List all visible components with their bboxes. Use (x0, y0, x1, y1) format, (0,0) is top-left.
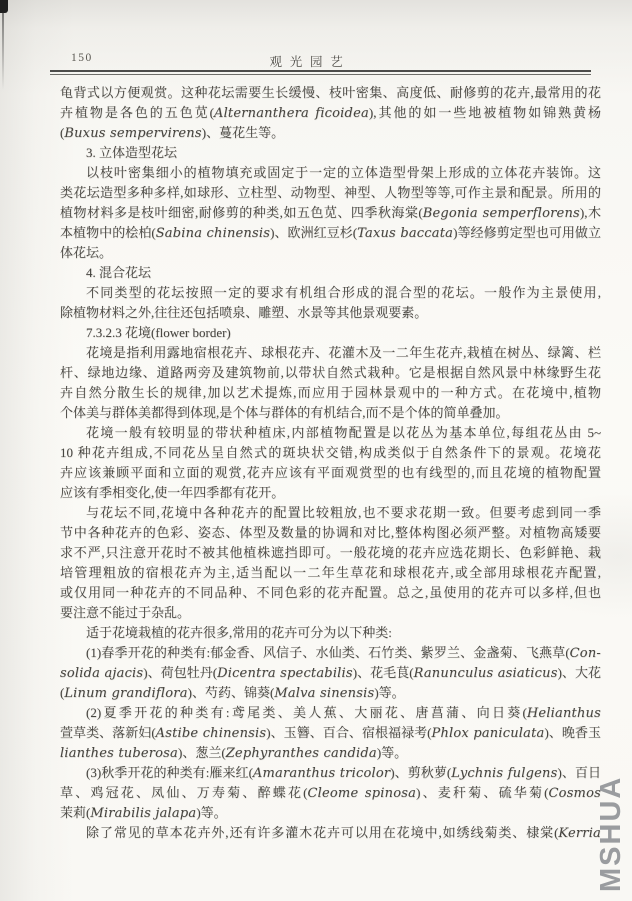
text-segment: 要注意不能过于杂乱。 (60, 605, 190, 620)
text-line: 10 种花卉组成,不同花丛呈自然式的斑块状交错,构成类似于自然条件下的景观。花境… (60, 443, 601, 463)
text-line: (1)春季开花的种类有:郁金香、风信子、水仙类、石竹类、紫罗兰、金盏菊、飞燕草(… (60, 643, 601, 663)
latin-name-segment: Astibe chinensis (156, 726, 267, 741)
text-segment: )等经修剪定型也可用做立 (453, 225, 601, 240)
text-line: 除植物材料之外,往往还包括喷泉、雕塑、水景等其他景观要素。 (60, 303, 601, 323)
text-line: 除了常见的草本花卉外,还有许多灌木花卉可以用在花境中,如绣线菊类、棣棠(Kerr… (60, 823, 601, 843)
text-segment: 求不严,只注意开花时不被其他植株遮挡即可。一般花境的花卉应选花期长、色彩鲜艳、栽 (60, 545, 601, 560)
text-line: lianthes tuberosa)、葱兰(Zephyranthes candi… (60, 743, 601, 763)
latin-name-segment: Linum grandiflora (64, 686, 187, 701)
text-segment: 草、鸡冠花、凤仙、万寿菊、醉蝶花( (60, 785, 308, 800)
text-line: 本植物中的桧柏(Sabina chinensis)、欧洲红豆杉(Taxus ba… (60, 223, 601, 243)
latin-name-segment: Dicentra spectabilis (217, 666, 353, 681)
text-line: 卉植物是各色的五色苋(Alternanthera ficoidea),其他的如一… (60, 103, 601, 123)
text-line: 萱草类、落新妇(Astibe chinensis)、玉簪、百合、宿根福禄考(Ph… (60, 723, 601, 743)
text-line: (Linum grandiflora)、芍药、锦葵(Malva sinensis… (60, 683, 601, 703)
latin-name-segment: solida ajacis (60, 666, 143, 681)
latin-name-segment: Zephyranthes candida (226, 746, 377, 761)
text-segment: ),其他的如一些地被植物如锦熟黄杨 (369, 105, 601, 120)
text-segment: (2)夏季开花的种类有:鸢尾类、美人蕉、大丽花、唐菖蒲、向日葵( (86, 705, 527, 720)
latin-name-segment: Amaranthus tricolor (253, 766, 390, 781)
text-segment: 花境一般有较明显的带状种植床,内部植物配置是以花丛为基本单位,每组花丛由 5~ (86, 425, 601, 440)
text-segment: 萱草类、落新妇( (60, 725, 156, 740)
text-line: 茉莉(Mirabilis jalapa)等。 (60, 803, 601, 823)
text-segment: 卉应该兼顾平面和立面的观赏,花卉应该有平面观赏型的也有线型的,而且花境的植物配置 (60, 465, 601, 480)
text-line: 求不严,只注意开花时不被其他植株遮挡即可。一般花境的花卉应选花期长、色彩鲜艳、栽 (60, 543, 601, 563)
latin-name-segment: lianthes tuberosa (60, 746, 178, 761)
text-segment: )、蔓花生等。 (202, 125, 284, 140)
text-segment: 茉莉( (60, 805, 90, 820)
text-segment: )等。 (196, 805, 226, 820)
text-segment: 培管理粗放的宿根花卉为主,适当配以一二年生草花和球根花卉,或全部用球根花卉配置, (60, 565, 601, 580)
text-segment: )、芍药、锦葵( (188, 685, 275, 700)
text-line: 花境是指利用露地宿根花卉、球根花卉、花灌木及一二年生花卉,栽植在树丛、绿篱、栏 (60, 343, 601, 363)
latin-name-segment: Malva sinensis (274, 686, 374, 701)
section-heading: 7.3.2.3 花境(flower border) (60, 323, 601, 343)
watermark: MSHUA (594, 782, 628, 892)
latin-name-segment: Sabina chinensis (156, 226, 270, 241)
text-line: 植物材料多是枝叶细密,耐修剪的种类,如五色苋、四季秋海棠(Begonia sem… (60, 203, 601, 223)
text-segment: 除植物材料之外,往往还包括喷泉、雕塑、水景等其他景观要素。 (60, 305, 427, 320)
text-line: (3)秋季开花的种类有:雁来红(Amaranthus tricolor)、剪秋萝… (60, 763, 601, 783)
latin-name-segment: Lychnis fulgens (451, 766, 557, 781)
text-line: 类花坛造型多种多样,如球形、立柱型、动物型、神型、人物型等等,可作主景和配景。所… (60, 183, 601, 203)
body-text: 龟背式以方便观赏。这种花坛需要生长缓慢、枝叶密集、高度低、耐修剪的花卉,最常用的… (60, 83, 601, 843)
text-segment: 本植物中的桧柏( (60, 225, 156, 240)
text-line: 不同类型的花坛按照一定的要求有机组合形成的混合型的花坛。一般作为主景使用, (60, 283, 601, 303)
text-line: 杆、绿地边缘、道路两旁及建筑物前,以带状自然式栽种。它是根据自然风景中林缘野生花 (60, 363, 601, 383)
section-heading: 3. 立体造型花坛 (60, 143, 601, 163)
latin-name-segment: Con- (570, 646, 601, 661)
text-segment: 以枝叶密集细小的植物填充或固定于一定的立体造型骨架上形成的立体花卉装饰。这 (86, 165, 601, 180)
text-segment: 4. 混合花坛 (86, 265, 151, 280)
text-segment: 适于花境栽植的花卉很多,常用的花卉可分为以下种类: (86, 625, 392, 640)
text-segment: 3. 立体造型花坛 (86, 145, 177, 160)
scanned-book-page: 150 观光园艺 龟背式以方便观赏。这种花坛需要生长缓慢、枝叶密集、高度低、耐修… (0, 0, 632, 901)
text-line: (2)夏季开花的种类有:鸢尾类、美人蕉、大丽花、唐菖蒲、向日葵(Helianth… (60, 703, 601, 723)
latin-name-segment: Taxus baccata (357, 226, 453, 241)
latin-name-segment: Begonia semperflorens (423, 206, 580, 221)
text-line: 龟背式以方便观赏。这种花坛需要生长缓慢、枝叶密集、高度低、耐修剪的花卉,最常用的… (60, 83, 601, 103)
text-segment: 不同类型的花坛按照一定的要求有机组合形成的混合型的花坛。一般作为主景使用, (86, 285, 601, 300)
text-segment: 类花坛造型多种多样,如球形、立柱型、动物型、神型、人物型等等,可作主景和配景。所… (60, 185, 601, 200)
text-line: 个体美与群体美都得到体现,是个体与群体的有机结合,而不是个体的简单叠加。 (60, 403, 601, 423)
text-line: 要注意不能过于杂乱。 (60, 603, 601, 623)
text-line: 与花坛不同,花境中各种花卉的配置比较粗放,也不要求花期一致。但要考虑到同一季 (60, 503, 601, 523)
text-segment: 龟背式以方便观赏。这种花坛需要生长缓慢、枝叶密集、高度低、耐修剪的花卉,最常用的… (60, 85, 601, 100)
latin-name-segment: Alternanthera ficoidea (214, 106, 369, 121)
text-segment: (1)春季开花的种类有:郁金香、风信子、水仙类、石竹类、紫罗兰、金盏菊、飞燕草( (86, 645, 570, 660)
text-segment: 个体美与群体美都得到体现,是个体与群体的有机结合,而不是个体的简单叠加。 (60, 405, 509, 420)
text-segment: )等。 (374, 685, 404, 700)
text-segment: 或仅用同一种花卉的不同品种、不同色彩的花卉配置。总之,虽使用的花卉可以多样,但也 (60, 585, 601, 600)
text-segment: ),木 (580, 205, 601, 220)
latin-name-segment: Buxus sempervirens (64, 126, 201, 141)
text-line: 适于花境栽植的花卉很多,常用的花卉可分为以下种类: (60, 623, 601, 643)
text-line: 或仅用同一种花卉的不同品种、不同色彩的花卉配置。总之,虽使用的花卉可以多样,但也 (60, 583, 601, 603)
text-line: 应该有季相变化,使一年四季都有花开。 (60, 483, 601, 503)
text-segment: 卉植物是各色的五色苋( (60, 105, 214, 120)
text-segment: 花境是指利用露地宿根花卉、球根花卉、花灌木及一二年生花卉,栽植在树丛、绿篱、栏 (86, 345, 601, 360)
text-segment: 杆、绿地边缘、道路两旁及建筑物前,以带状自然式栽种。它是根据自然风景中林缘野生花 (60, 365, 601, 380)
text-segment: 除了常见的草本花卉外,还有许多灌木花卉可以用在花境中,如绣线菊类、棣棠( (86, 825, 558, 840)
text-segment: (3)秋季开花的种类有:雁来红( (86, 765, 253, 780)
text-line: 培管理粗放的宿根花卉为主,适当配以一二年生草花和球根花卉,或全部用球根花卉配置, (60, 563, 601, 583)
text-line: (Buxus sempervirens)、蔓花生等。 (60, 123, 601, 143)
text-line: 草、鸡冠花、凤仙、万寿菊、醉蝶花(Cleome spinosa)、麦秆菊、硫华菊… (60, 783, 601, 803)
text-segment: 节中各种花卉的色彩、姿态、体型及数量的协调和对比,整体构图必须严整。对植物高矮要 (60, 525, 601, 540)
latin-name-segment: Ranunculus asiaticus (414, 666, 558, 681)
text-segment: )、荷包牡丹( (143, 665, 217, 680)
text-line: 以枝叶密集细小的植物填充或固定于一定的立体造型骨架上形成的立体花卉装饰。这 (60, 163, 601, 183)
latin-name-segment: Phlox paniculata (432, 726, 545, 741)
text-segment: 植物材料多是枝叶细密,耐修剪的种类,如五色苋、四季秋海棠( (60, 205, 423, 220)
section-heading: 4. 混合花坛 (60, 263, 601, 283)
running-title: 观光园艺 (0, 52, 620, 70)
text-line: 花境一般有较明显的带状种植床,内部植物配置是以花丛为基本单位,每组花丛由 5~ (60, 423, 601, 443)
text-line: 卉应该兼顾平面和立面的观赏,花卉应该有平面观赏型的也有线型的,而且花境的植物配置 (60, 463, 601, 483)
text-segment: )、麦秆菊、硫华菊( (416, 785, 548, 800)
text-line: 卉自然分散生长的规律,加以艺术提炼,而应用于园林景观中的一种方式。在花境中,植物 (60, 383, 601, 403)
scan-edge-artifact (2, 12, 4, 90)
text-segment: 与花坛不同,花境中各种花卉的配置比较粗放,也不要求花期一致。但要考虑到同一季 (86, 505, 601, 520)
text-segment: )、花毛茛( (353, 665, 414, 680)
latin-name-segment: Mirabilis jalapa (90, 806, 196, 821)
text-segment: 卉自然分散生长的规律,加以艺术提炼,而应用于园林景观中的一种方式。在花境中,植物 (60, 385, 601, 400)
text-segment: 应该有季相变化,使一年四季都有花开。 (60, 485, 284, 500)
text-segment: 10 种花卉组成,不同花丛呈自然式的斑块状交错,构成类似于自然条件下的景观。花境… (60, 445, 601, 460)
text-segment: )、欧洲红豆杉( (270, 225, 357, 240)
text-segment: 7.3.2.3 花境(flower border) (86, 325, 231, 340)
header-rule (50, 70, 591, 75)
text-line: solida ajacis)、荷包牡丹(Dicentra spectabilis… (60, 663, 601, 683)
latin-name-segment: Cleome spinosa (308, 786, 417, 801)
text-segment: )、剪秋萝( (390, 765, 451, 780)
text-segment: 体花坛。 (60, 245, 112, 260)
text-line: 体花坛。 (60, 243, 601, 263)
text-segment: )、葱兰( (178, 745, 226, 760)
text-segment: )等。 (377, 745, 407, 760)
text-line: 节中各种花卉的色彩、姿态、体型及数量的协调和对比,整体构图必须严整。对植物高矮要 (60, 523, 601, 543)
text-segment: )、玉簪、百合、宿根福禄考( (266, 725, 431, 740)
